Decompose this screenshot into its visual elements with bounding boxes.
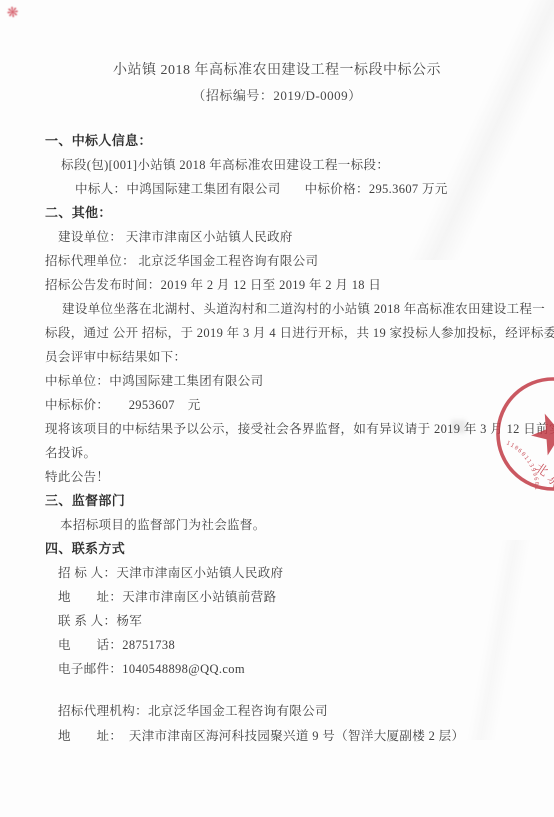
ink-bleed-smudge [451,420,466,433]
corner-red-mark: ❋ [6,4,20,22]
agency-unit-line: 招标代理单位： 北京泛华国金工程咨询有限公司 [45,249,554,273]
winner-name: 中标人：中鸿国际建工集团有限公司 [75,182,281,196]
phone-line: 电 话：28751738 [58,633,554,657]
publicity-line-1: 现将该项目的中标结果予以公示，接受社会各界监督，如有异议请于 2019 年 3 … [45,417,554,441]
winning-bid-amount-line: 中标标价： 2953607 元 [45,393,554,417]
seal-serial-number: 1106011399601 [504,435,544,493]
construction-unit-line: 建设单位： 天津市津南区小站镇人民政府 [58,225,554,249]
paragraph-line-2: 标段，通过 公开 招标，于 2019 年 3 月 4 日进行开标，共 19 家投… [45,321,554,345]
svg-text:1106011399601: 1106011399601 [504,435,544,493]
publicity-line-2: 名投诉。 [45,441,554,465]
winning-price: 中标价格：295.3607 万元 [305,182,448,196]
section-heading-other: 二、其他： [45,201,554,225]
paragraph-line-1: 建设单位坐落在北湖村、头道沟村和二道沟村的小站镇 2018 年高标准农田建设工程… [62,297,554,321]
document-page: ❋ 小站镇 2018 年高标准农田建设工程一标段中标公示 （招标编号：2019/… [0,0,554,817]
paragraph-line-3: 员会评审中标结果如下： [45,345,554,369]
section-heading-supervision: 三、监督部门 [45,489,554,513]
tenderer-line: 招 标 人：天津市津南区小站镇人民政府 [58,561,554,585]
section-heading-winner-info: 一、中标人信息： [45,129,554,153]
bid-number-subtitle: （招标编号：2019/D-0009） [0,88,554,104]
lot-line: 标段(包)[001]小站镇 2018 年高标准农田建设工程一标段： [61,153,554,177]
svg-text:北京泛华国金工程咨询有限公司: 北京泛华国金工程咨询有限公司 [494,440,554,493]
winning-unit-line: 中标单位：中鸿国际建工集团有限公司 [45,369,554,393]
supervision-line: 本招标项目的监督部门为社会监督。 [60,513,554,537]
seal-star-icon [525,406,554,459]
agency-line: 招标代理机构：北京泛华国金工程咨询有限公司 [58,699,554,723]
announcement-period-line: 招标公告发布时间：2019 年 2 月 12 日至 2019 年 2 月 18 … [45,273,554,297]
tenderer-address-line: 地 址：天津市津南区小站镇前营路 [58,585,554,609]
section-heading-contact: 四、联系方式 [45,537,554,561]
document-content: 小站镇 2018 年高标准农田建设工程一标段中标公示 （招标编号：2019/D-… [0,0,554,749]
agency-address-line: 地 址： 天津市津南区海河科技园聚兴道 9 号（智洋大厦副楼 2 层） [58,723,554,749]
seal-organization-text: 北京泛华国金工程咨询有限公司 [494,440,554,493]
announcement-closing-line: 特此公告！ [45,465,554,489]
official-seal: 北京泛华国金工程咨询有限公司 1106011399601 [494,375,554,493]
winner-price-line: 中标人：中鸿国际建工集团有限公司中标价格：295.3607 万元 [75,177,554,201]
page-title: 小站镇 2018 年高标准农田建设工程一标段中标公示 [0,62,554,79]
contact-person-line: 联 系 人：杨军 [58,609,554,633]
email-line: 电子邮件：1040548898@QQ.com [58,657,554,681]
